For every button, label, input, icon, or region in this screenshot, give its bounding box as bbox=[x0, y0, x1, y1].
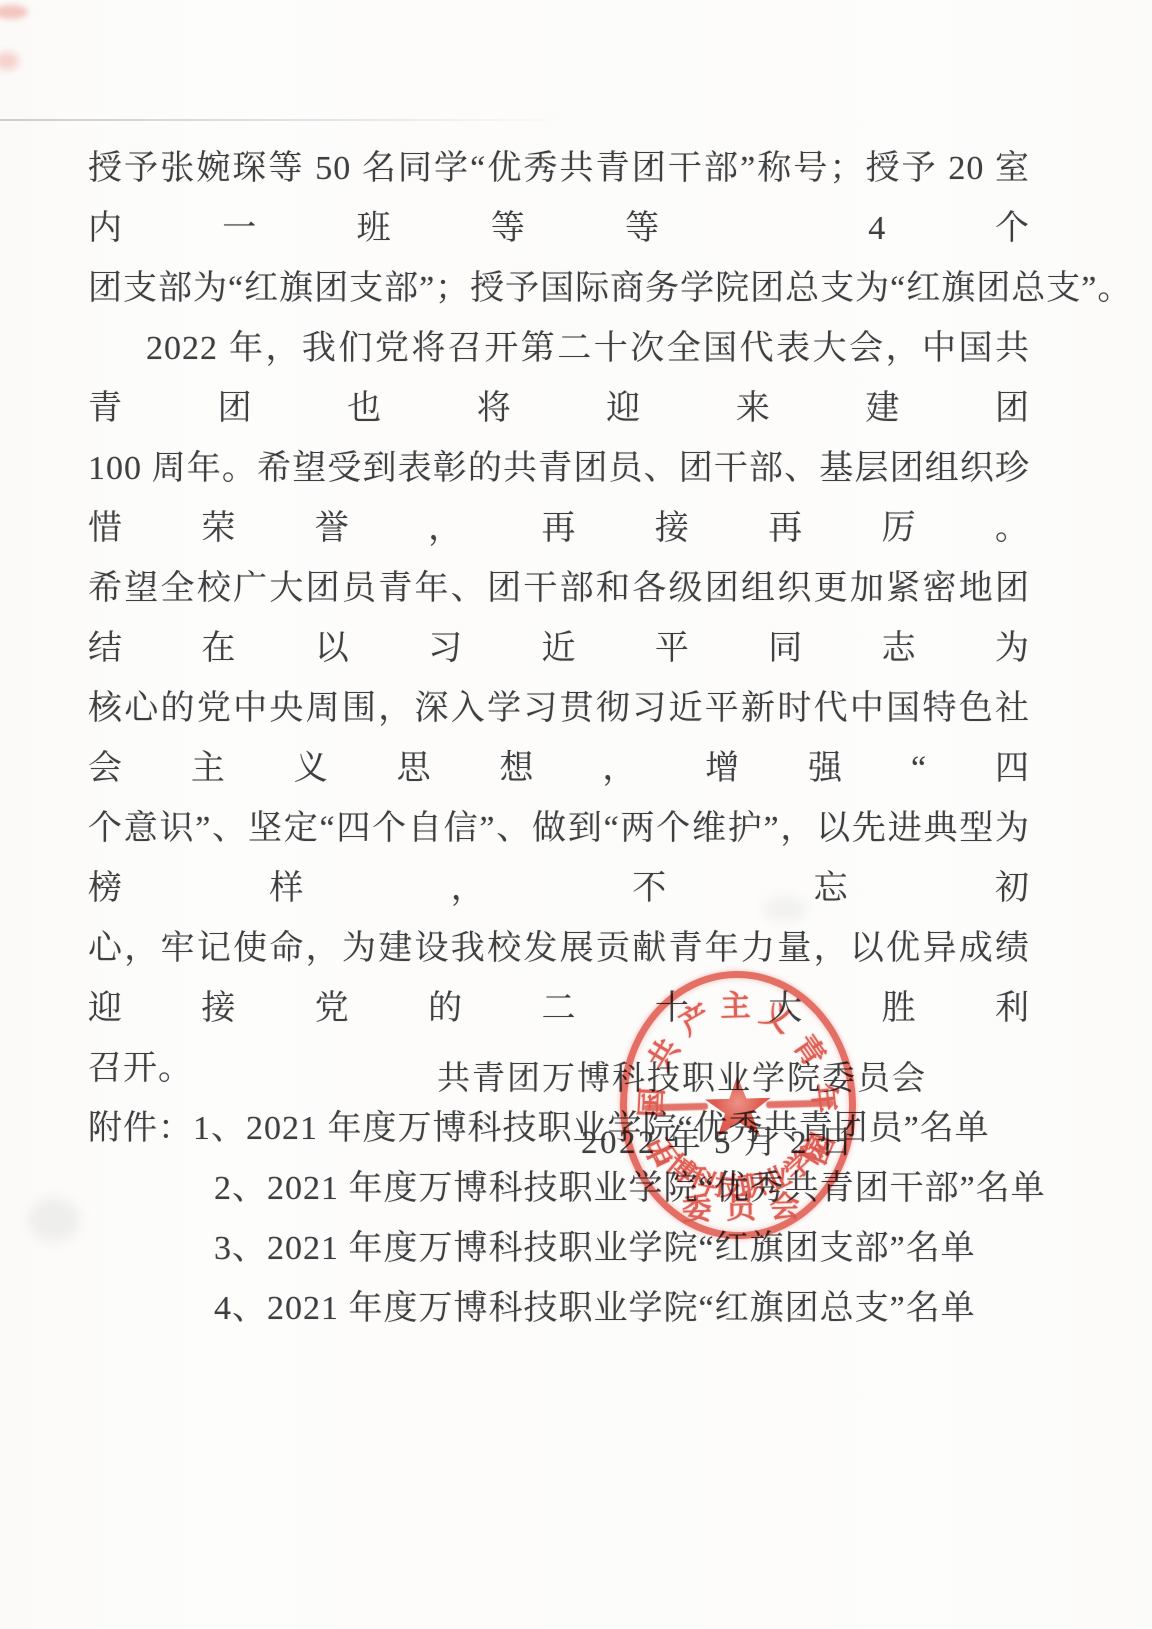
seal-bottom-text: 委员会 bbox=[622, 1180, 859, 1230]
scanned-notice-page: 授予张婉琛等 50 名同学“优秀共青团干部”称号；授予 20 室内一班等等 4 … bbox=[0, 0, 1152, 1629]
attachment-item: 4、2021 年度万博科技职业学院“红旗团总支”名单 bbox=[88, 1279, 1030, 1339]
scan-shadow-smudge bbox=[28, 1198, 80, 1242]
body-line: 个意识”、坚定“四个自信”、做到“两个维护”，以先进典型为榜样，不忘初 bbox=[88, 799, 1030, 919]
scan-crease-line bbox=[0, 119, 566, 121]
body-line: 授予张婉琛等 50 名同学“优秀共青团干部”称号；授予 20 室内一班等等 4 … bbox=[88, 139, 1030, 259]
body-line: 希望全校广大团员青年、团干部和各级团组织更加紧密地团结在以习近平同志为 bbox=[88, 559, 1030, 679]
body-line: 核心的党中央周围，深入学习贯彻习近平新时代中国特色社会主义思想，增强“四 bbox=[88, 679, 1030, 799]
body-line: 团支部为“红旗团支部”；授予国际商务学院团总支为“红旗团总支”。 bbox=[88, 259, 1030, 319]
body-line: 心，牢记使命，为建设我校发展贡献青年力量，以优异成绩迎接党的二十大胜利 bbox=[88, 919, 1030, 1039]
attachments-label: 附件： bbox=[88, 1110, 193, 1147]
document-body: 授予张婉琛等 50 名同学“优秀共青团干部”称号；授予 20 室内一班等等 4 … bbox=[88, 139, 1030, 1339]
body-line: 100 周年。希望受到表彰的共青团员、团干部、基层团组织珍惜荣誉，再接再厉。 bbox=[88, 439, 1030, 559]
scan-ink-smudge bbox=[0, 5, 28, 19]
attachment-item: 3、2021 年度万博科技职业学院“红旗团支部”名单 bbox=[88, 1219, 1030, 1279]
attachment-item: 2、2021 年度万博科技职业学院“优秀共青团干部”名单 bbox=[88, 1159, 1030, 1219]
scan-ink-smudge bbox=[0, 52, 19, 70]
body-line: 2022 年，我们党将召开第二十次全国代表大会，中国共青团也将迎来建团 bbox=[88, 319, 1030, 439]
attachments-line: 附件：1、2021 年度万博科技职业学院“优秀共青团员”名单 bbox=[88, 1099, 1030, 1159]
official-seal: 中国共产主义青年团 万博科技职业学院 委员会 bbox=[617, 968, 860, 1242]
